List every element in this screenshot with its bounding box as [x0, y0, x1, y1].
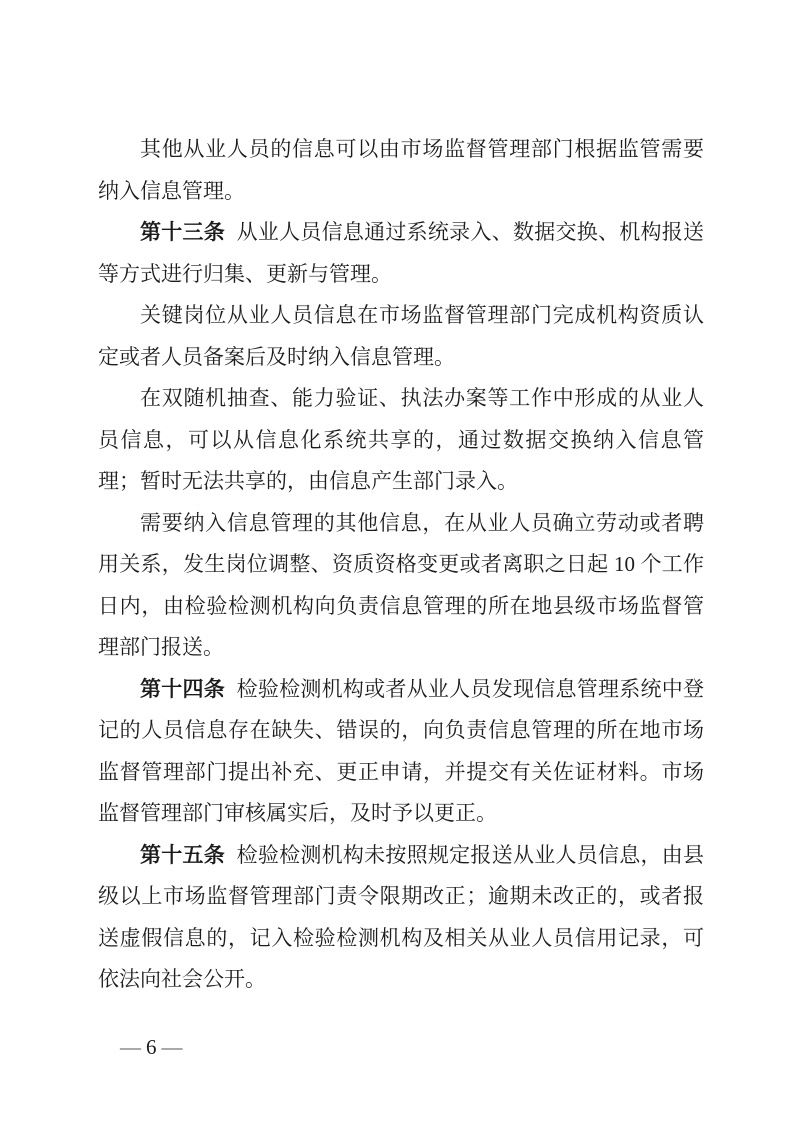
paragraph-article-13: 第十三条从业人员信息通过系统录入、数据交换、机构报送等方式进行归集、更新与管理。 — [98, 212, 704, 295]
paragraph: 关键岗位从业人员信息在市场监督管理部门完成机构资质认定或者人员备案后及时纳入信息… — [98, 295, 704, 378]
document-page: 其他从业人员的信息可以由市场监督管理部门根据监管需要纳入信息管理。 第十三条从业… — [0, 0, 800, 1131]
paragraph-text: 在双随机抽查、能力验证、执法办案等工作中形成的从业人员信息，可以从信息化系统共享… — [98, 386, 704, 493]
article-number: 第十五条 — [140, 843, 225, 867]
document-body: 其他从业人员的信息可以由市场监督管理部门根据监管需要纳入信息管理。 第十三条从业… — [98, 129, 704, 1001]
footer-right-dash: — — [162, 1037, 183, 1058]
footer-left-dash: — — [120, 1037, 141, 1058]
page-footer: — 6 — — [120, 1035, 183, 1060]
paragraph-text: 需要纳入信息管理的其他信息，在从业人员确立劳动或者聘用关系，发生岗位调整、资质资… — [98, 511, 704, 660]
article-number: 第十三条 — [140, 220, 225, 244]
paragraph-article-15: 第十五条检验检测机构未按照规定报送从业人员信息，由县级以上市场监督管理部门责令限… — [98, 835, 704, 1001]
paragraph: 需要纳入信息管理的其他信息，在从业人员确立劳动或者聘用关系，发生岗位调整、资质资… — [98, 503, 704, 669]
page-number: 6 — [146, 1035, 157, 1060]
paragraph-text: 其他从业人员的信息可以由市场监督管理部门根据监管需要纳入信息管理。 — [98, 137, 704, 203]
paragraph-text: 关键岗位从业人员信息在市场监督管理部门完成机构资质认定或者人员备案后及时纳入信息… — [98, 303, 704, 369]
paragraph: 其他从业人员的信息可以由市场监督管理部门根据监管需要纳入信息管理。 — [98, 129, 704, 212]
article-number: 第十四条 — [140, 677, 225, 701]
paragraph-article-14: 第十四条检验检测机构或者从业人员发现信息管理系统中登记的人员信息存在缺失、错误的… — [98, 669, 704, 835]
paragraph: 在双随机抽查、能力验证、执法办案等工作中形成的从业人员信息，可以从信息化系统共享… — [98, 378, 704, 503]
